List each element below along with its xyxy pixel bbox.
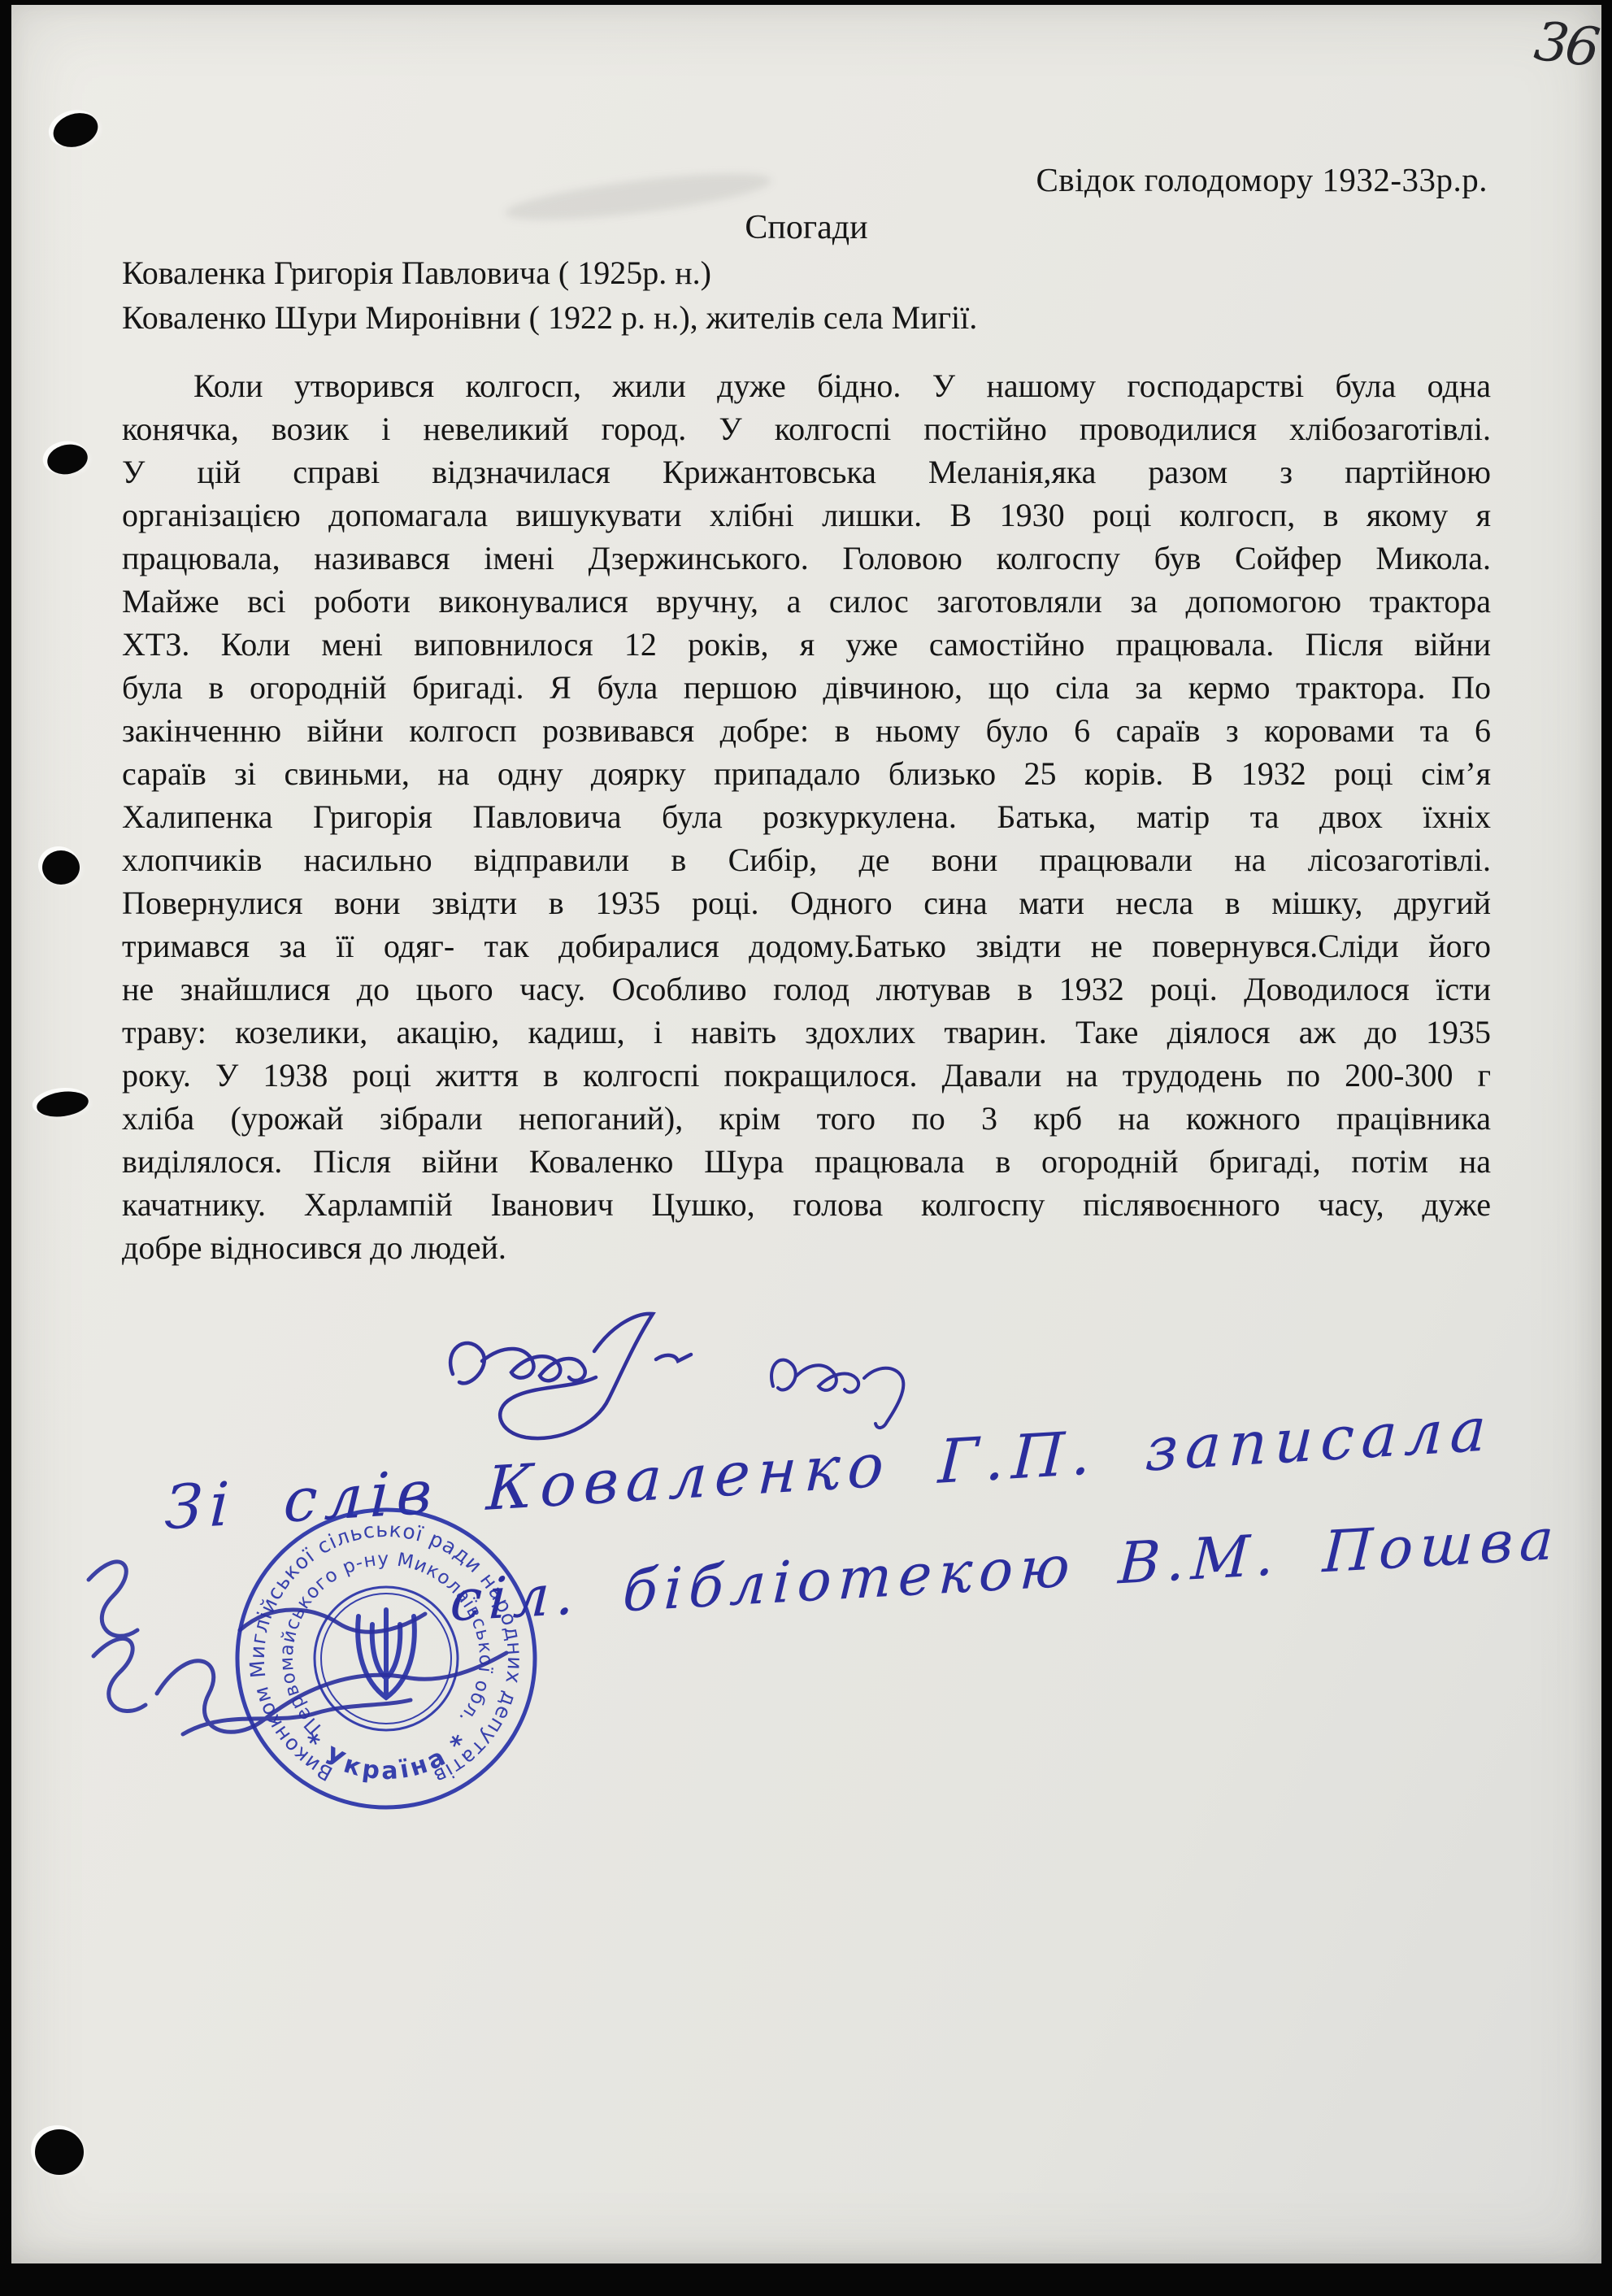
paragraph-line: була в огородній бригаді. Я була першою … (122, 666, 1491, 709)
paragraph-line: Халипенка Григорія Павловича була розкур… (122, 795, 1491, 838)
paragraph-line: тримався за її одяг- так добиралися додо… (122, 924, 1491, 968)
paragraph-line: У цій справі відзначилася Крижантовська … (122, 450, 1491, 494)
paragraph-line: працювала, називався імені Дзержинського… (122, 537, 1491, 580)
paragraph-line: організацією допомагала вишукувати хлібн… (122, 494, 1491, 537)
document-header: Свідок голодомору 1932-33р.р. (163, 160, 1488, 199)
signature-stroke (656, 1355, 691, 1361)
paragraph-line: траву: козелики, акацію, кадиш, і навіть… (122, 1011, 1491, 1054)
scrawl-stroke (240, 1610, 425, 1632)
paragraph-line: хлопчиків насильно відправили в Сибір, д… (122, 838, 1491, 881)
witness-name-1: Коваленка Григорія Павловича ( 1925р. н.… (122, 254, 711, 292)
page-number-handwritten: 36 (1532, 10, 1601, 80)
witness-name-2: Коваленко Шури Миронівни ( 1922 р. н.), … (122, 298, 977, 337)
memoir-paragraph: Коли утворився колгосп, жили дуже бідно.… (122, 364, 1491, 1269)
paragraph-line: сараїв зі свиньми, на одну доярку припад… (122, 752, 1491, 795)
document-title: Спогади (122, 208, 1491, 247)
signature-stroke (450, 1343, 585, 1383)
paragraph-line: закінченню війни колгосп розвивався добр… (122, 709, 1491, 752)
scanned-document-page: { "page": { "corner_number": "36", "head… (0, 0, 1612, 2296)
scrawl-stroke (93, 1638, 146, 1711)
paragraph-line: конячка, возик і невеликий город. У колг… (122, 407, 1491, 450)
paragraph-line: ХТЗ. Коли мені виповнилося 12 років, я у… (122, 623, 1491, 666)
paragraph-line: Майже всі роботи виконувалися вручну, а … (122, 580, 1491, 623)
paragraph-line: Повернулися вони звідти в 1935 році. Одн… (122, 881, 1491, 924)
scrawl-stroke (89, 1562, 137, 1636)
signature-stroke (771, 1360, 858, 1393)
paragraph-line: виділялося. Після війни Коваленко Шура п… (122, 1140, 1491, 1183)
paragraph-line: хліба (урожай зібрали непоганий), крім т… (122, 1097, 1491, 1140)
signature-scrawl-over-stamp (61, 1533, 516, 1776)
scrawl-stroke (157, 1653, 506, 1732)
paragraph-line: Коли утворився колгосп, жили дуже бідно.… (122, 364, 1491, 407)
paragraph-line: не знайшлися до цього часу. Особливо гол… (122, 968, 1491, 1011)
paragraph-line: року. У 1938 році життя в колгоспі покра… (122, 1054, 1491, 1097)
signature-stroke (864, 1368, 903, 1428)
paragraph-line: добре відносився до людей. (122, 1226, 1491, 1269)
paragraph-line: качатнику. Харлампій Іванович Цушко, гол… (122, 1183, 1491, 1226)
